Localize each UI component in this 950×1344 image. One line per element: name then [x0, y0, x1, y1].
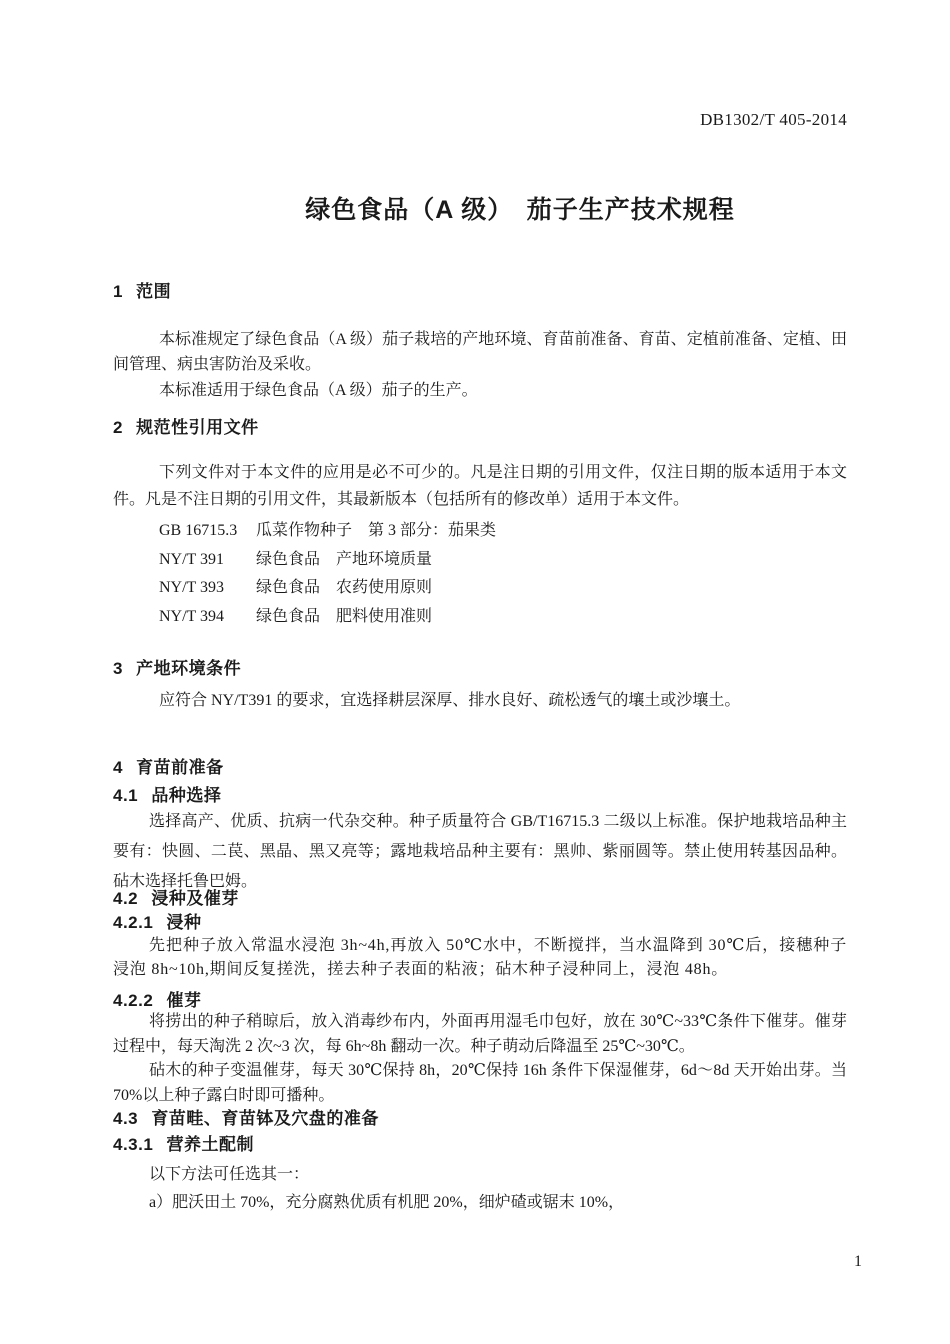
soak-paragraph: 先把种子放入常温水浸泡 3h~4h,再放入 50℃水中，不断搅拌，当水温降到 3… — [113, 934, 847, 982]
reference-name: 绿色食品 产地环境质量 — [256, 546, 847, 575]
reference-name: 瓜菜作物种子 第 3 部分：茄果类 — [256, 517, 847, 546]
section-3-heading: 3 产地环境条件 — [113, 658, 847, 680]
germination-paragraph-1: 将捞出的种子稍晾后，放入消毒纱布内，外面再用湿毛巾包好，放在 30℃~33℃条件… — [113, 1009, 847, 1059]
variety-paragraph: 选择高产、优质、抗病一代杂交种。种子质量符合 GB/T16715.3 二级以上标… — [113, 807, 847, 897]
section-4-2-1-heading: 4.2.1 浸种 — [113, 912, 847, 934]
page-number: 1 — [822, 1253, 862, 1271]
section-4-3-heading: 4.3 育苗畦、育苗钵及穴盘的准备 — [113, 1108, 847, 1130]
reference-item: NY/T 393 绿色食品 农药使用原则 — [113, 574, 847, 603]
normative-refs-list: GB 16715.3 瓜菜作物种子 第 3 部分：茄果类 NY/T 391 绿色… — [113, 517, 847, 631]
section-4-1-heading: 4.1 品种选择 — [113, 785, 847, 807]
reference-item: GB 16715.3 瓜菜作物种子 第 3 部分：茄果类 — [113, 517, 847, 546]
reference-item: NY/T 394 绿色食品 肥料使用准则 — [113, 603, 847, 632]
soil-mix-item-a: a）肥沃田土 70%，充分腐熟优质有机肥 20%，细炉碴或锯末 10%， — [113, 1190, 847, 1215]
section-4-heading: 4 育苗前准备 — [113, 757, 847, 779]
reference-code: NY/T 391 — [159, 546, 256, 575]
reference-name: 绿色食品 农药使用原则 — [256, 574, 847, 603]
environment-paragraph: 应符合 NY/T391 的要求，宜选择耕层深厚、排水良好、疏松透气的壤土或沙壤土… — [113, 688, 847, 713]
scope-paragraph-2: 本标准适用于绿色食品（A 级）茄子的生产。 — [113, 378, 847, 403]
section-4-2-heading: 4.2 浸种及催芽 — [113, 888, 847, 910]
reference-code: GB 16715.3 — [159, 517, 256, 546]
reference-code: NY/T 393 — [159, 574, 256, 603]
section-4-3-1-heading: 4.3.1 营养土配制 — [113, 1134, 847, 1156]
standard-code: DB1302/T 405-2014 — [113, 110, 847, 130]
reference-item: NY/T 391 绿色食品 产地环境质量 — [113, 546, 847, 575]
scope-paragraph-1: 本标准规定了绿色食品（A 级）茄子栽培的产地环境、育苗前准备、育苗、定植前准备、… — [113, 327, 847, 377]
germination-paragraph-2: 砧木的种子变温催芽，每天 30℃保持 8h，20℃保持 16h 条件下保湿催芽，… — [113, 1058, 847, 1108]
section-1-heading: 1 范围 — [113, 281, 847, 303]
normative-refs-intro: 下列文件对于本文件的应用是必不可少的。凡是注日期的引用文件，仅注日期的版本适用于… — [113, 459, 847, 513]
section-2-heading: 2 规范性引用文件 — [113, 417, 847, 439]
reference-code: NY/T 394 — [159, 603, 256, 632]
reference-name: 绿色食品 肥料使用准则 — [256, 603, 847, 632]
document-page: DB1302/T 405-2014 绿色食品（A 级） 茄子生产技术规程 1 范… — [0, 0, 950, 1344]
document-title: 绿色食品（A 级） 茄子生产技术规程 — [153, 190, 887, 226]
soil-mix-intro: 以下方法可任选其一： — [113, 1162, 847, 1187]
